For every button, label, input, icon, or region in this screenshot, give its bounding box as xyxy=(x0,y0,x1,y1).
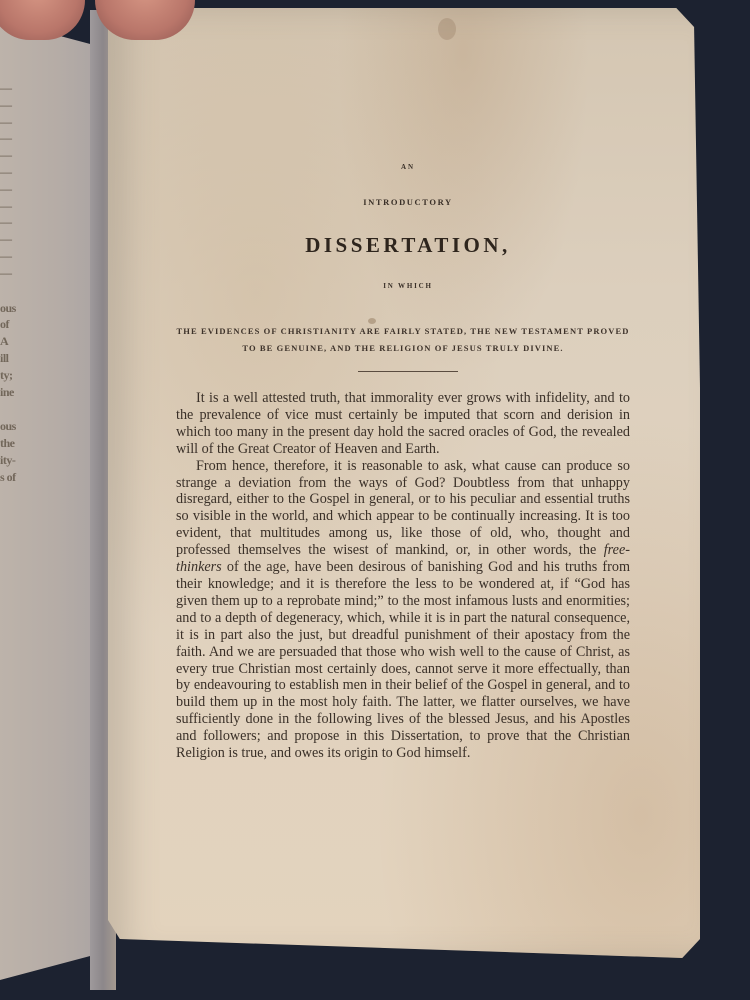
photo-scene: — — — — — — — — — — — — ous of A ill ty;… xyxy=(0,0,750,1000)
margin-fragment: ty; xyxy=(0,367,30,384)
heading-an: AN xyxy=(188,163,628,171)
margin-fragment: ous xyxy=(0,300,30,317)
foxing-stain xyxy=(698,218,708,228)
margin-line: — xyxy=(0,147,30,164)
finger xyxy=(0,0,85,40)
paragraph-2-part-2: of the age, have been desirous of banish… xyxy=(176,559,630,761)
foxing-stain xyxy=(438,18,456,40)
margin-fragment: A xyxy=(0,333,30,350)
paragraph-2-part-1: From hence, therefore, it is reasonable … xyxy=(176,458,630,559)
margin-fragment: ine xyxy=(0,384,30,401)
margin-line: — xyxy=(0,248,30,265)
page-title: DISSERTATION, xyxy=(188,233,628,258)
margin-fragment: s of xyxy=(0,469,30,486)
paragraph-2: From hence, therefore, it is reasonable … xyxy=(176,458,630,762)
book-page: AN INTRODUCTORY DISSERTATION, IN WHICH T… xyxy=(108,8,700,958)
margin-line: — xyxy=(0,114,30,131)
reader-fingers xyxy=(0,0,200,40)
margin-fragment: of xyxy=(0,316,30,333)
margin-line: — xyxy=(0,198,30,215)
margin-fragment: ity- xyxy=(0,452,30,469)
previous-page-margin-text: — — — — — — — — — — — — ous of A ill ty;… xyxy=(0,80,30,486)
margin-line: — xyxy=(0,181,30,198)
margin-line: — xyxy=(0,265,30,282)
margin-line: — xyxy=(0,97,30,114)
finger xyxy=(95,0,195,40)
margin-line: — xyxy=(0,231,30,248)
paragraph-1: It is a well attested truth, that immora… xyxy=(176,390,630,458)
margin-line: — xyxy=(0,214,30,231)
margin-fragment: ill xyxy=(0,350,30,367)
separator-rule xyxy=(358,371,458,372)
margin-line: — xyxy=(0,164,30,181)
heading-in-which: IN WHICH xyxy=(188,282,628,290)
margin-line: — xyxy=(0,80,30,97)
margin-fragment: the xyxy=(0,435,30,452)
body-text: It is a well attested truth, that immora… xyxy=(176,390,630,762)
page-subtitle: THE EVIDENCES OF CHRISTIANITY ARE FAIRLY… xyxy=(170,323,636,357)
heading-introductory: INTRODUCTORY xyxy=(188,197,628,207)
page-content: AN INTRODUCTORY DISSERTATION, IN WHICH T… xyxy=(188,163,628,762)
margin-line: — xyxy=(0,130,30,147)
margin-fragment: ous xyxy=(0,418,30,435)
